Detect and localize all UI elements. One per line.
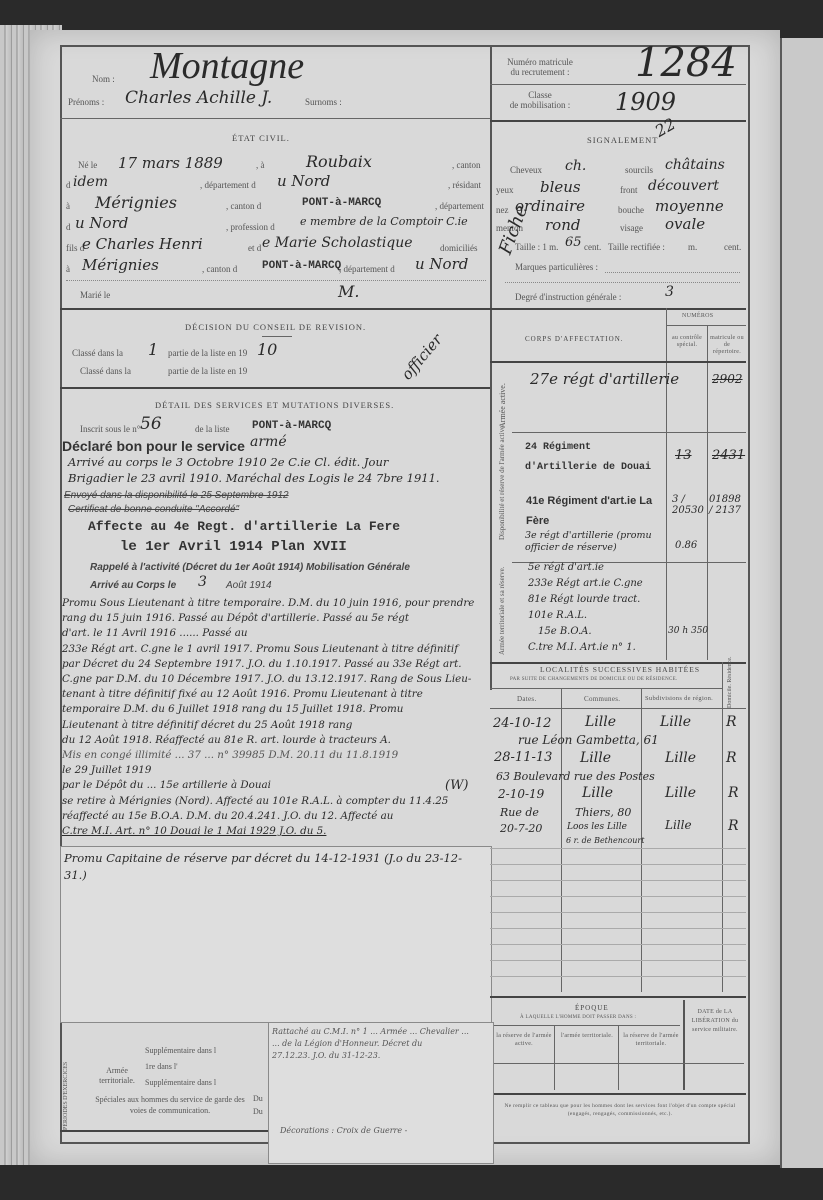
visage-label: visage [620,223,643,233]
arrive-suffix: Août 1914 [226,580,272,591]
facing-page-edge [780,38,823,1168]
narrative-line: temporaire D.M. du 6 Juillet 1918 rang d… [62,702,487,717]
localite-commune: Lille [580,750,611,766]
corps-row: 3e régt d'artillerie (promu officier de … [525,530,665,554]
domicilies-label: domiciliés [440,243,478,253]
col-matricule-header: matricule ou de répertoire. [709,335,745,356]
taille-cent-label: cent. [584,242,601,252]
dep2-value: u Nord [75,214,128,232]
yeux-value: bleus [540,178,581,196]
classe-label: Classede mobilisation : [500,90,580,110]
canton-value: idem [73,174,108,190]
nom-label: Nom : [92,74,115,84]
profession-value: e membre de la Comptoir C.ie [300,215,468,228]
yeux-label: yeux [496,185,514,195]
paste-line: ... de la Légion d'Honneur. Décret du [272,1038,490,1050]
localites-subtitle: PAR SUITE DE CHANGEMENTS DE DOMICILE OU … [510,677,678,682]
classe1-year: 10 [257,340,277,359]
conseil-revision-title: DÉCISION DU CONSEIL DE REVISION. [185,322,366,332]
nom-value: Montagne [150,44,304,88]
classe-label-1: Classe [500,90,580,100]
prenoms-label: Prénoms : [68,97,104,107]
canton-prefix: d [66,180,71,190]
periodes-side-label: PÉRIODES D'EXERCICES [63,1020,69,1130]
bouche-label: bouche [618,205,644,215]
paste-notes: Rattaché au C.M.I. n° 1 ... Armée ... Ch… [272,1026,490,1062]
taille-label: Taille : 1 m. [515,242,558,252]
col-controle-header: au contrôle spécial. [668,335,706,349]
canton3-label: , canton d [202,264,237,274]
narrative-line: d'art. le 11 Avril 1916 ...... Passé au [62,626,487,641]
narrative-line: le 29 Juillet 1919 [62,763,487,778]
numeros-title: NUMÉROS [682,313,713,319]
taille-rect-cent-label: cent. [724,242,741,252]
service-line-struck: Certificat de bonne conduite "Accordé" [68,504,239,515]
declare-value: armé [250,434,287,450]
narrative-line: C.tre M.I. Art. n° 10 Douai le 1 Mai 192… [62,824,487,839]
corps-row: 81e Régt lourde tract. [528,594,640,605]
periodes-terr-supp: Supplémentaire dans l [145,1078,216,1087]
col-dates: Dates. [517,695,537,703]
narrative-line: Promu Sous Lieutenant à titre temporaire… [62,596,487,611]
classe1-value: 1 [148,340,158,359]
narrative-line: Mis en congé illimité ... 37 ... n° 3998… [62,748,487,763]
narrative-line: par le Dépôt du ... 15e artillerie à Dou… [62,778,487,793]
birthplace-value: Roubaix [306,152,372,171]
residant-label: , résidant [448,180,481,190]
narrative-line: 233e Régt art. C.gne le 1 avril 1917. Pr… [62,642,487,657]
taille-rect-m-label: m. [688,242,697,252]
epoque-col3: la réserve de l'armée territoriale. [620,1032,682,1048]
canton3-value: PONT-à-MARCQ [262,260,341,272]
front-label: front [620,185,638,195]
corps-matricule: 2902 [712,372,743,386]
matricule-label: Numéro matriculedu recrutement : [500,57,580,77]
epoque-title: ÉPOQUE [575,1004,609,1012]
corps-row: 41e Régiment d'art.ie La Fère [526,491,661,531]
paste-note: Promu Capitaine de réserve par décret du… [64,850,484,884]
narrative-line: réaffecté au 15e B.O.A. D.M. du 20.4.241… [62,809,487,824]
paste-line: Rattaché au C.M.I. n° 1 ... Armée ... Ch… [272,1026,490,1038]
sourcils-value: châtains [665,157,725,173]
localite-commune: 6 r. de Bethencourt [566,836,644,845]
taille-value: 65 [565,235,582,250]
localite-commune: rue Léon Gambetta, 61 [518,733,659,747]
classe1-mid: partie de la liste en 19 [168,348,247,358]
dep3-value: u Nord [415,255,468,273]
taille-rectifiee-label: Taille rectifiée : [608,242,665,252]
classe2-label: Classé dans la [80,366,131,376]
col-domicile: Domicile. Résidence. [727,668,733,708]
degre-label: Degré d'instruction générale : [515,292,621,302]
narrative-line: du 12 Août 1918. Réaffecté au 81e R. art… [62,733,487,748]
narrative-line: Lieutenant à titre définitif décret du 2… [62,718,487,733]
corps-controle: 13 [675,448,692,463]
localite-commune: Loos les Lille [567,822,627,832]
localite-date: 20-7-20 [500,822,542,835]
ne-le-value: 17 mars 1889 [118,154,223,172]
periodes-speciales: Spéciales aux hommes du service de garde… [90,1094,250,1116]
residence-prefix: à [66,201,70,211]
periodes-du-1: Du [253,1094,263,1103]
col-communes: Communes. [584,695,620,703]
localite-date: 28-11-13 [494,750,552,765]
periodes-du-2: Du [253,1107,263,1116]
corps-row: 5e régt d'art.ie [528,562,604,573]
narrative-line: se retire à Mérignies (Nord). Affecté au… [62,794,487,809]
cheveux-value: ch. [565,158,586,174]
front-value: découvert [648,178,719,194]
marques-label: Marques particulières : [515,262,598,272]
corps-controle: 30 h 350 [668,626,708,636]
narrative-line: par Décret du 24 Septembre 1917. J.O. du… [62,657,487,672]
domicile-value: Mérignies [82,256,159,274]
localite-subdivision: Lille [665,750,696,766]
residence-value: Mérignies [95,193,177,212]
liste-label: de la liste [195,424,230,434]
localite-code: R [728,818,739,834]
localites-title: LOCALITÉS SUCCESSIVES HABITÉES [540,665,700,674]
departement-value: u Nord [277,172,330,190]
localite-subdivision: Lille [665,818,692,832]
profession-label: , profession d [226,222,275,232]
liste-value: PONT-à-MARCQ [252,420,331,432]
localite-subdivision: Lille [665,785,696,801]
arrive-value: 3 [198,574,207,590]
bouche-value: moyenne [655,197,724,215]
localite-commune: Thiers, 80 [575,806,631,819]
epoque-col2: l'armée territoriale. [558,1032,616,1040]
menton-value: rond [545,216,580,234]
corps-row: 24 Régiment d'Artillerie de Douai [525,438,660,478]
corps-matricule: 2431 [712,448,745,463]
inscrit-label: Inscrit sous le n° [80,424,140,434]
paste-line: 27.12.23. J.O. du 31-12-23. [272,1050,490,1062]
periodes-supp-active: Supplémentaire dans l [145,1046,216,1055]
canton2-label: , canton d [226,201,261,211]
declare-label: Déclaré bon pour le service [62,438,245,454]
arrive-label: Arrivé au Corps le [90,580,176,591]
corps-affectation-title: CORPS D'AFFECTATION. [525,335,624,343]
etat-civil-title: ÉTAT CIVIL. [232,133,290,143]
section-disponibilite: Disponibilité et réserve de l'armée acti… [498,440,506,540]
rappele-text: Rappelé à l'activité (Décret du 1er Août… [90,562,410,573]
corps-row: 233e Régt art.ie C.gne [528,578,643,589]
departement2-label: , département [435,201,484,211]
epoque-subtitle: À LAQUELLE L'HOMME DOIT PASSER DANS : [520,1015,636,1020]
prenoms-value: Charles Achille J. [125,88,272,108]
armee-territoriale-label: Armée territoriale. [92,1066,142,1086]
service-narrative: Promu Sous Lieutenant à titre temporaire… [62,596,487,839]
corps-row: 101e R.A.L. [528,610,587,621]
marie-value: M. [338,282,359,301]
localite-date: 24-10-12 [493,716,551,731]
localite-code: R [726,714,737,730]
localite-commune: 63 Boulevard rue des Postes [496,770,655,783]
canton2-value: PONT-à-MARCQ [302,197,381,209]
degre-value: 3 [665,284,674,300]
epoque-date-title: DATE de LA LIBÉRATION du service militai… [687,1008,743,1035]
dep2-prefix: d [66,222,71,232]
periodes-terr-1re: 1re dans l' [145,1062,178,1071]
classe2-mid: partie de la liste en 19 [168,366,247,376]
et-label: et d [248,243,261,253]
corps-row: C.tre M.I. Art.ie n° 1. [528,642,636,653]
corps-controle: 3 / 20530 [672,494,708,516]
ne-le-label: Né le [78,160,97,170]
inscrit-value: 56 [140,414,162,434]
service-line-struck: Envoyé dans la disponibilité le 25 Septe… [64,490,289,501]
margin-mark: (W) [445,778,469,793]
narrative-line: tenant à titre définitif fixé au 12 Août… [62,687,487,702]
surnoms-label: Surnoms : [305,97,342,107]
matricule-value: 1284 [635,40,737,86]
section-territoriale: Armée territoriale et sa réserve. [498,555,506,655]
matricule-label-2: du recrutement : [500,67,580,77]
nez-label: nez [496,205,509,215]
corps-matricule: 01898 / 2137 [709,494,745,516]
pere-value: e Charles Henri [82,235,203,253]
epoque-col1: la réserve de l'armée active. [496,1032,552,1048]
localite-code: R [726,750,737,766]
localite-subdivision: Lille [660,714,691,730]
canton-label: , canton [452,160,481,170]
service-line: Brigadier le 23 avril 1910. Maréchal des… [68,471,440,485]
localite-commune: Lille [585,714,616,730]
col-subdivisions: Subdivisions de région. [645,695,713,702]
corps-row: 15e B.O.A. [538,626,592,637]
marie-label: Marié le [80,290,110,300]
service-line: Arrivé au corps le 3 Octobre 1910 2e C.i… [68,455,388,469]
plan-stamp: le 1er Avril 1914 Plan XVII [120,539,347,555]
departement-label: , département d [200,180,256,190]
domicile-prefix: à [66,264,70,274]
localite-date: Rue de [500,806,539,819]
classe1-label: Classé dans la [72,348,123,358]
signalement-title: SIGNALEMENT [587,135,658,145]
narrative-line: C.gne par D.M. du 10 Décembre 1917. J.O.… [62,672,487,687]
section-active: Armée active. [498,368,507,428]
localite-commune: Lille [582,785,613,801]
affectation-stamp: Affecte au 4e Regt. d'artillerie La Fere [88,519,400,534]
matricule-label-1: Numéro matricule [500,57,580,67]
classe-value: 1909 [615,88,676,116]
epoque-footnote: Ne remplir ce tableau que pour les homme… [500,1102,740,1118]
a-label: , à [256,160,265,170]
localite-code: R [728,785,739,801]
services-title: DÉTAIL DES SERVICES ET MUTATIONS DIVERSE… [155,400,394,410]
mere-value: e Marie Scholastique [262,235,413,251]
departement3-label: , département d [339,264,395,274]
narrative-line: rang du 15 juin 1916. Passé au Dépôt d'a… [62,611,487,626]
classe-label-2: de mobilisation : [500,100,580,110]
sourcils-label: sourcils [625,165,653,175]
localite-date: 2-10-19 [498,787,544,801]
corps-row: 27e régt d'artillerie [530,370,679,388]
cheveux-label: Cheveux [510,165,542,175]
corps-controle: 0.86 [675,540,697,551]
paste-decorations: Décorations : Croix de Guerre - [280,1126,407,1135]
visage-value: ovale [665,215,705,233]
